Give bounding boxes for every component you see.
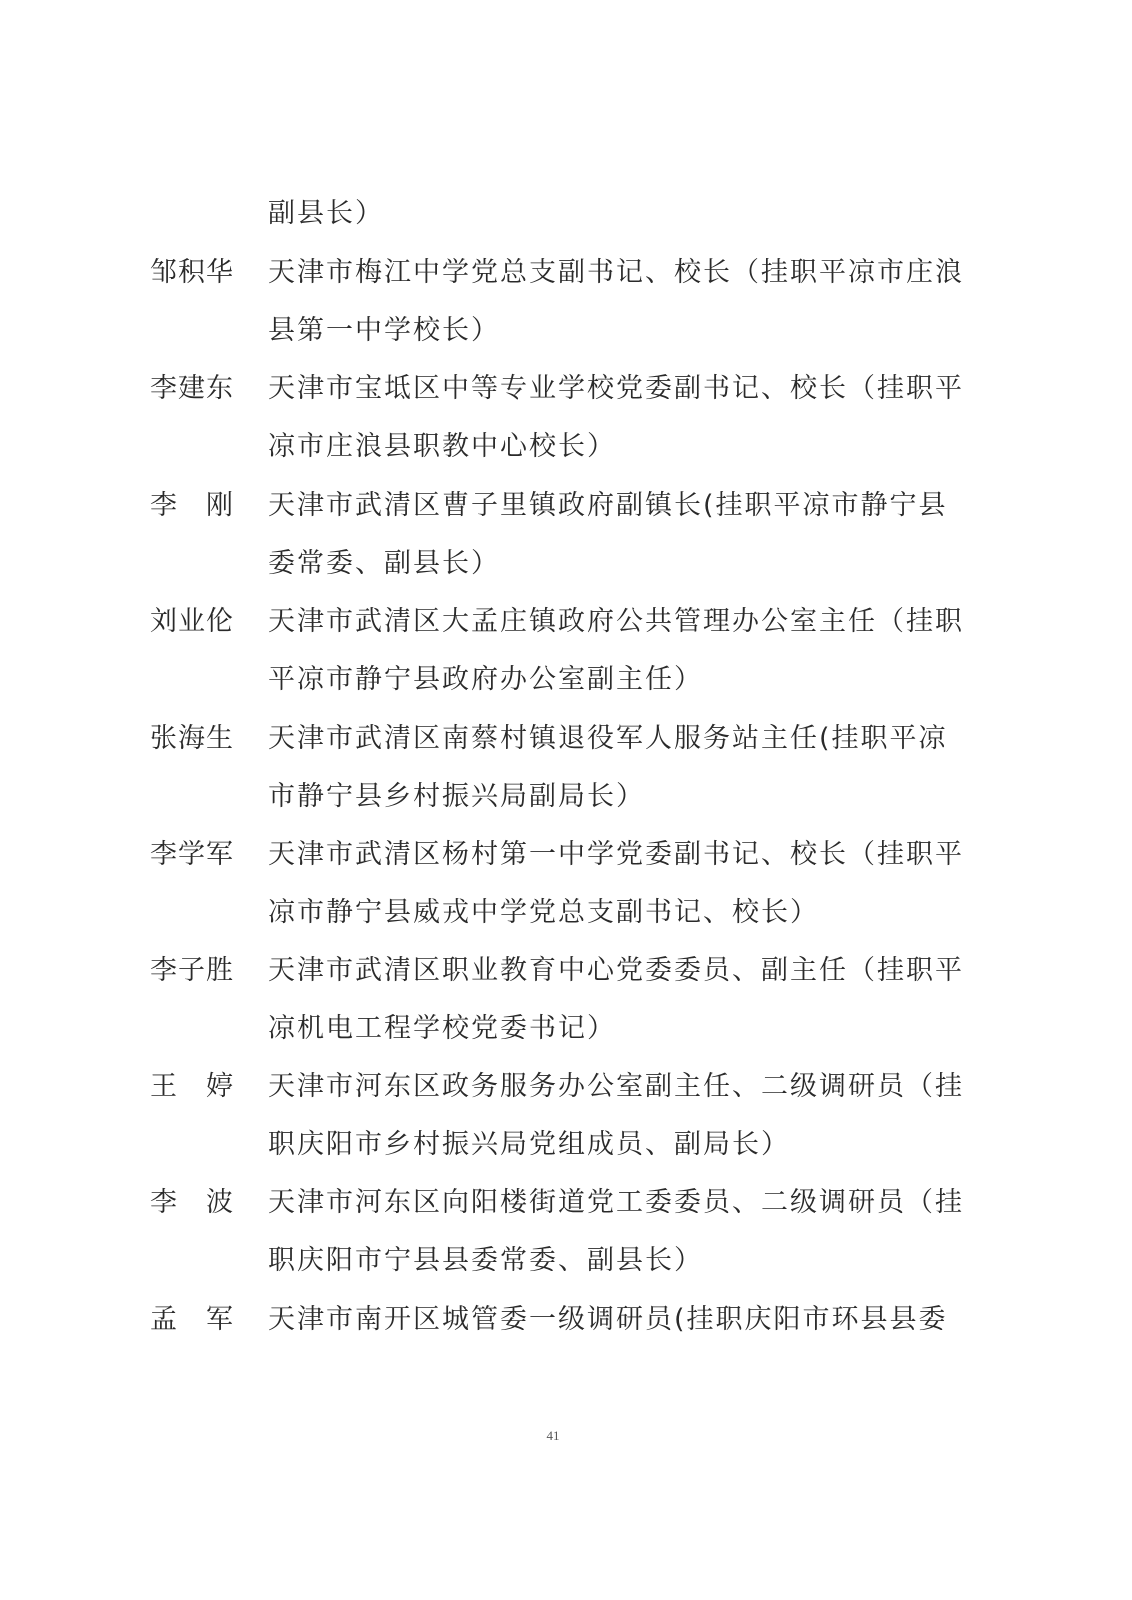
entry-name: 李 波 [150,1186,250,1220]
continuation-line: 副县长） [268,197,384,231]
entry-text: 委常委、副县长） [268,547,500,581]
page-number: 41 [0,1428,1106,1444]
entry-text: 县第一中学校长） [268,314,500,348]
entry-text: 天津市武清区南蔡村镇退役军人服务站主任(挂职平凉 [268,722,948,756]
entry-name: 李子胜 [150,954,250,988]
entry-text: 凉市庄浪县职教中心校长） [268,430,616,464]
entry-text: 凉机电工程学校党委书记） [268,1012,616,1046]
entry-name: 王 婷 [150,1070,250,1104]
entry-name: 邹积华 [150,256,250,290]
entry-text: 天津市武清区大孟庄镇政府公共管理办公室主任（挂职 [268,605,964,639]
entry-text: 市静宁县乡村振兴局副局长） [268,780,645,814]
entry-text: 天津市武清区曹子里镇政府副镇长(挂职平凉市静宁县 [268,489,948,523]
entry-text: 天津市河东区政务服务办公室副主任、二级调研员（挂 [268,1070,964,1104]
entry-text: 职庆阳市乡村振兴局党组成员、副局长） [268,1128,790,1162]
entry-name: 李建东 [150,372,250,406]
entry-text: 天津市武清区杨村第一中学党委副书记、校长（挂职平 [268,838,964,872]
document-page: 副县长） 邹积华 天津市梅江中学党总支副书记、校长（挂职平凉市庄浪 县第一中学校… [0,0,1132,1600]
entry-text: 凉市静宁县威戎中学党总支副书记、校长） [268,896,819,930]
entry-name: 李 刚 [150,489,250,523]
entry-text: 天津市武清区职业教育中心党委委员、副主任（挂职平 [268,954,964,988]
entry-name: 李学军 [150,838,250,872]
entry-text: 天津市河东区向阳楼街道党工委委员、二级调研员（挂 [268,1186,964,1220]
entry-text: 天津市南开区城管委一级调研员(挂职庆阳市环县县委 [268,1303,948,1337]
entry-text: 天津市梅江中学党总支副书记、校长（挂职平凉市庄浪 [268,256,964,290]
entry-text: 职庆阳市宁县县委常委、副县长） [268,1244,703,1278]
entry-text: 平凉市静宁县政府办公室副主任） [268,663,703,697]
entry-name: 张海生 [150,722,250,756]
entry-name: 刘业伦 [150,605,250,639]
entry-text: 天津市宝坻区中等专业学校党委副书记、校长（挂职平 [268,372,964,406]
entry-name: 孟 军 [150,1303,250,1337]
